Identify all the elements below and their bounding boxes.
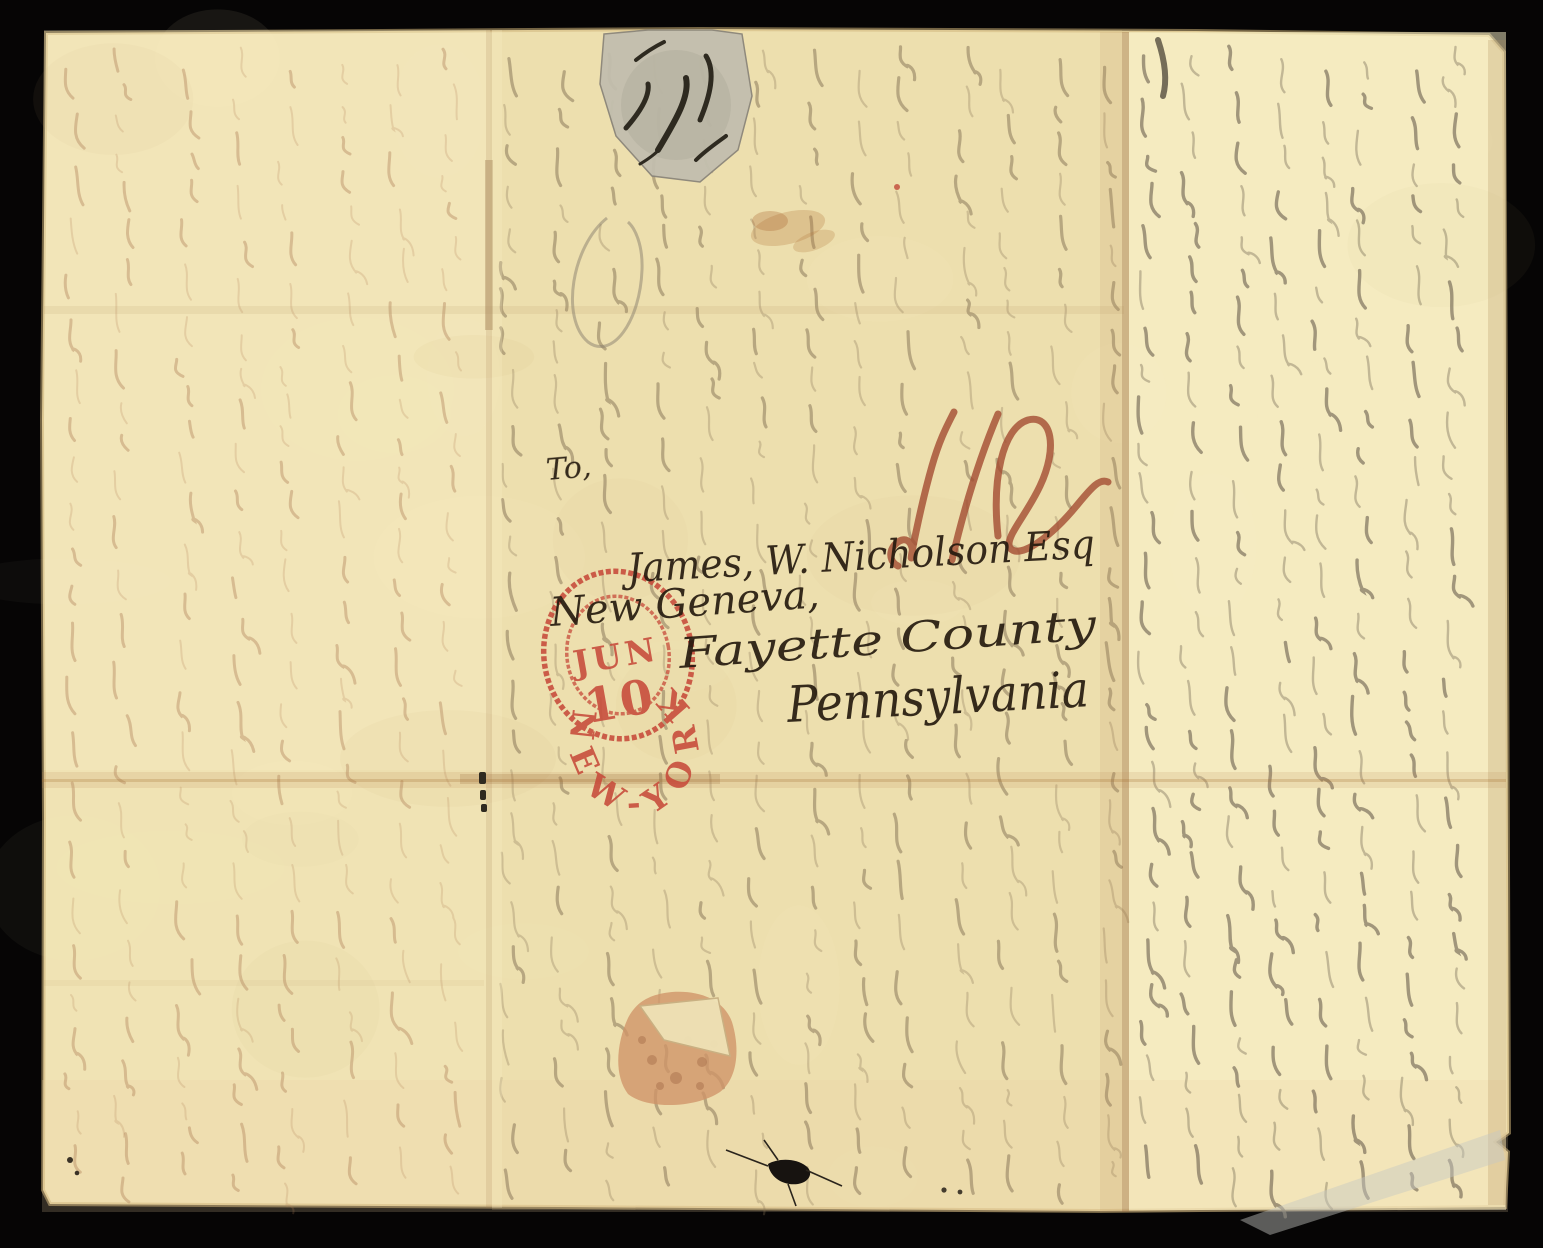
photograph: NEW-YORK JUN 10 18¾ To, James, W. Nichol… (0, 0, 1543, 1248)
fold-vertical-left-smudge (485, 160, 493, 330)
red-speck (894, 184, 900, 190)
fold-vertical-right-shadow (1100, 32, 1122, 1212)
letter-photo-svg: NEW-YORK JUN 10 18¾ To, James, W. Nichol… (0, 0, 1543, 1248)
fold-horizontal-faint (44, 980, 484, 986)
fold-horizontal-lower-line (42, 779, 1506, 782)
fold-horizontal-upper (44, 306, 1124, 314)
fold-vertical-right (1122, 32, 1129, 1212)
letter-sheet: NEW-YORK JUN 10 18¾ To, James, W. Nichol… (0, 9, 1535, 1235)
wafer-seal (618, 992, 736, 1105)
panel-tone-bottom (42, 1080, 1508, 1212)
fold-vertical-left-highlight (492, 30, 502, 1208)
address-salutation: To, (545, 449, 593, 488)
